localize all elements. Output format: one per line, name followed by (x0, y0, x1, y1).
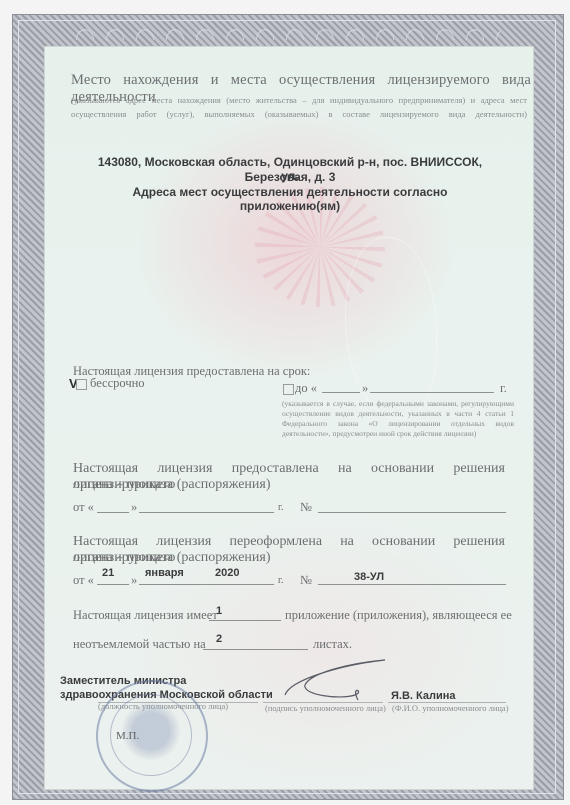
reissued-year: 2020 (215, 567, 239, 579)
granted-date-prefix: от « (73, 500, 94, 515)
appendix-text-prefix: Настоящая лицензия имеет (73, 608, 218, 623)
reissued-day: 21 (102, 567, 114, 579)
granted-day-field[interactable] (97, 512, 129, 513)
granted-text-line2: органа – приказа (распоряжения) (73, 477, 271, 493)
granted-month-year-field[interactable] (139, 512, 274, 513)
granted-number-prefix: № (300, 500, 312, 515)
frame-ornament-top (70, 22, 500, 40)
reissued-day-line (97, 584, 129, 585)
until-day-field[interactable] (322, 392, 360, 393)
location-note-line2: осуществления работ (услуг), выполняемых… (71, 108, 527, 121)
appendix-count: 1 (216, 605, 222, 617)
reissued-text-line2: органа – приказа (распоряжения) (73, 550, 271, 566)
appendix-count-line (209, 620, 281, 621)
reissued-date-prefix: от « (73, 573, 94, 588)
signatory-name: Я.В. Калина (391, 690, 456, 702)
license-page: Место нахождения и места осуществления л… (0, 0, 570, 805)
handwritten-signature (280, 655, 390, 705)
until-mid: » (362, 381, 368, 396)
appendix-text-suffix: приложение (приложения), являющееся ее (285, 608, 512, 623)
unlimited-checkbox[interactable] (76, 379, 87, 390)
sheets-count-line (203, 649, 308, 650)
unlimited-label: бессрочно (90, 376, 145, 391)
reissued-year-suffix: г. (278, 575, 283, 586)
until-year-suffix: г. (500, 381, 507, 396)
sheets-prefix: неотъемлемой частью на (73, 637, 206, 652)
reissued-number: 38-УЛ (354, 571, 384, 583)
stamp-label: М.П. (116, 730, 139, 742)
sheets-suffix: листах. (313, 637, 352, 652)
reissued-number-prefix: № (300, 573, 312, 588)
reissued-number-line (318, 584, 506, 585)
address-note: Адреса мест осуществления деятельности с… (90, 185, 490, 213)
until-date-checkbox[interactable] (283, 384, 294, 395)
until-month-year-field[interactable] (370, 392, 494, 393)
granted-year-suffix: г. (278, 502, 283, 513)
reissued-month-year-line (139, 584, 274, 585)
reissued-date-mid: » (131, 573, 137, 588)
until-note: (указывается в случае, если федеральными… (282, 399, 514, 439)
location-note-line1: (указываются адрес места нахождения (мес… (71, 94, 527, 107)
name-caption: (Ф.И.О. уполномоченного лица) (392, 703, 509, 713)
granted-number-field[interactable] (318, 512, 506, 513)
address-line2: Березовая, д. 3 (90, 170, 490, 184)
sheets-count: 2 (216, 633, 222, 645)
until-prefix: до « (295, 381, 317, 396)
reissued-month: января (145, 567, 184, 579)
granted-date-mid: » (131, 500, 137, 515)
